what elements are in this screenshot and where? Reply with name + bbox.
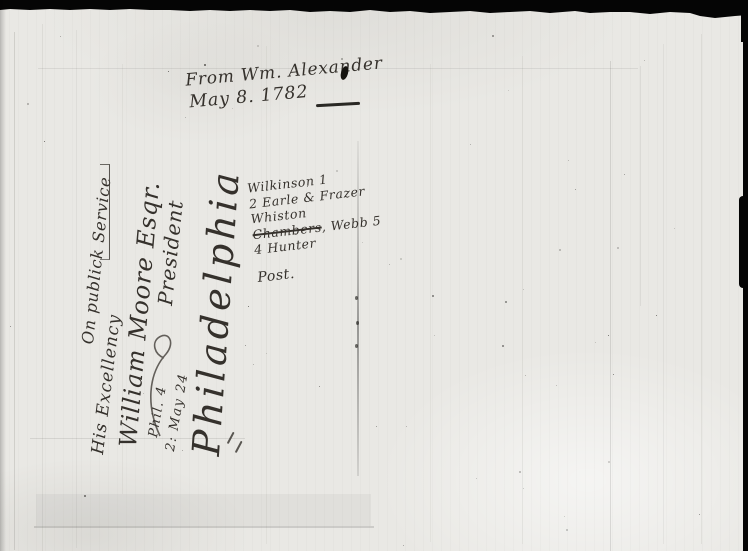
dust-speck xyxy=(27,103,29,105)
paper-streak xyxy=(76,30,77,548)
fold-crease-vertical-right-2 xyxy=(640,66,641,306)
paper-streak xyxy=(430,64,431,542)
dust-speck xyxy=(523,289,524,290)
delivery-name-list: Wilkinson 1 2 Earle & Frazer Whiston Cha… xyxy=(246,166,387,286)
dust-speck xyxy=(556,385,557,386)
crease-ink-spot xyxy=(355,344,358,348)
dust-speck xyxy=(253,364,254,365)
dust-speck xyxy=(505,301,507,303)
dust-speck xyxy=(248,306,249,307)
dust-speck xyxy=(245,345,246,346)
paper-streak xyxy=(14,32,15,550)
scan-edge-right-top xyxy=(741,0,748,42)
dust-speck xyxy=(674,228,675,229)
manuscript-paper: From Wm. Alexander May 8. 1782 On public… xyxy=(0,6,744,551)
dust-speck xyxy=(624,174,625,175)
dust-speck xyxy=(559,249,561,251)
crease-ink-spot xyxy=(355,296,358,300)
dust-speck xyxy=(644,60,645,61)
dust-speck xyxy=(44,141,45,142)
dust-speck xyxy=(434,335,435,336)
list-item: Post. xyxy=(257,256,387,286)
fold-crease-vertical-right xyxy=(610,61,611,551)
dust-speck xyxy=(656,315,657,316)
paper-streak xyxy=(42,24,43,551)
dust-speck xyxy=(564,516,565,517)
dust-speck xyxy=(476,478,477,479)
dust-speck xyxy=(508,90,509,91)
dust-speck xyxy=(319,386,320,387)
dust-speck xyxy=(257,45,259,47)
dust-speck xyxy=(168,71,169,72)
dust-speck xyxy=(566,529,568,531)
dust-speck xyxy=(470,144,471,145)
dust-speck xyxy=(575,189,576,190)
scan-edge-top xyxy=(0,0,748,22)
pen-flourish-tilde xyxy=(235,441,243,453)
dust-speck xyxy=(10,326,11,327)
dust-speck xyxy=(608,335,609,336)
pen-paraph-flourish xyxy=(136,318,188,440)
paper-shading xyxy=(36,494,371,526)
dust-speck xyxy=(595,342,596,343)
dust-speck xyxy=(568,160,569,161)
dust-speck xyxy=(403,545,404,546)
pen-bracket-stroke xyxy=(100,164,110,260)
paper-streak xyxy=(266,46,267,544)
dust-speck xyxy=(185,117,186,118)
dust-speck xyxy=(266,353,267,354)
dust-speck xyxy=(525,375,526,376)
dust-speck xyxy=(389,264,390,265)
dust-speck xyxy=(376,426,377,427)
dust-speck xyxy=(613,374,614,375)
scan-edge-left-shadow xyxy=(0,0,6,551)
document-scan: From Wm. Alexander May 8. 1782 On public… xyxy=(0,0,748,551)
dust-speck xyxy=(502,345,504,347)
dust-speck xyxy=(400,258,402,260)
dust-speck xyxy=(519,471,521,473)
dust-speck xyxy=(492,35,494,37)
fold-crease-horizontal-bottom xyxy=(34,526,374,528)
dust-speck xyxy=(608,461,610,463)
dust-speck xyxy=(182,450,183,451)
dust-speck xyxy=(60,36,61,37)
pen-dash-stroke xyxy=(316,102,360,107)
address-city: Philadelphia xyxy=(184,167,248,457)
paper-streak xyxy=(663,44,664,544)
dust-speck xyxy=(204,64,206,66)
dust-speck xyxy=(406,426,407,427)
dust-speck xyxy=(84,495,86,497)
paper-streak xyxy=(701,34,702,544)
dust-speck xyxy=(523,488,524,489)
scan-edge-right-notch xyxy=(739,196,748,288)
dust-speck xyxy=(699,514,700,515)
dust-speck xyxy=(617,247,619,249)
paper-streak xyxy=(522,56,523,544)
dust-speck xyxy=(432,295,434,297)
crease-ink-spot xyxy=(356,321,359,325)
